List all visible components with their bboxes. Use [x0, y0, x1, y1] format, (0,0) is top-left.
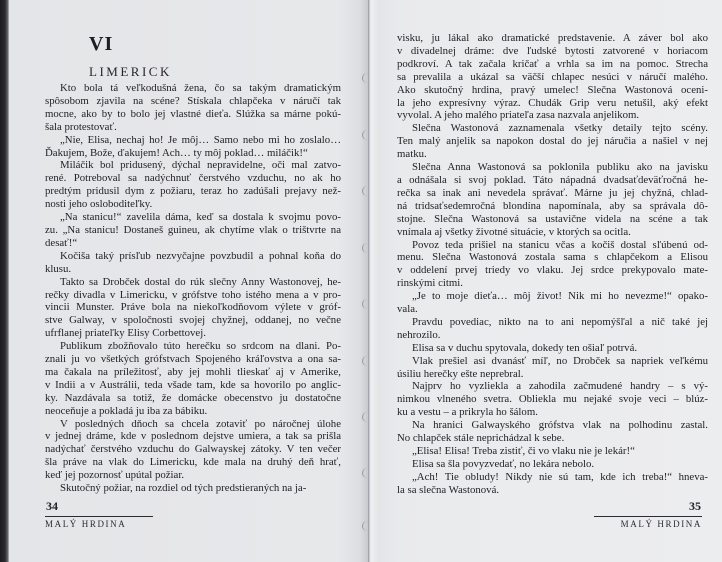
paragraph: „Ach! Tie obludy! Nikdy nie sú tam, kde … — [397, 471, 708, 497]
text-line: Na hranici Galwayského grófstva vlak na … — [397, 419, 708, 432]
paragraph: „Na stanicu!“ zavelila dáma, keď sa dost… — [45, 211, 341, 250]
paragraph: Skutočný požiar, na rozdiel od tých pred… — [45, 482, 341, 495]
book-spread-scan: VI LIMERICK Kto bola tá veľkodušná žena,… — [0, 0, 722, 562]
text-line: No chlapček stále neprichádzal k sebe. — [397, 432, 708, 445]
text-line: „Nie, Elisa, nechaj ho! Je môj… Samo neb… — [45, 134, 341, 147]
text-line: šla práve na vlak do Limericku, kde mala… — [45, 456, 341, 469]
paragraph: „Je to moje dieťa… môj život! Nik mi ho … — [397, 290, 708, 316]
text-line: Pravdu povediac, nikto na to ani nepomýš… — [397, 316, 708, 329]
text-line: Elisa sa šla povyzvedať, no lekára nebol… — [397, 458, 708, 471]
page-footer-right: 35 MALÝ HRDINA — [594, 499, 702, 529]
text-line: Ako skutočný hrdina, pravý umelec! Slečn… — [397, 84, 708, 97]
text-line: mocne, ako by to bolo jej vlastné dieťa.… — [45, 108, 341, 121]
text-line: ku a vestu – a prikryla ho šálom. — [397, 406, 708, 419]
paragraph: Slečna Anna Wastonová sa poklonila publi… — [397, 161, 708, 238]
footer-rule — [594, 516, 702, 517]
paragraph: Kto bola tá veľkodušná žena, čo sa takým… — [45, 82, 341, 134]
footer-rule — [45, 516, 153, 517]
text-line: spôsobom zjavila na scéne? Stískala chla… — [45, 95, 341, 108]
text-line: nehrozilo. — [397, 329, 708, 342]
text-line: la jeho expresívny výraz. Chudák Grip ve… — [397, 97, 708, 110]
paragraph: Takto sa Drobček dostal do rúk slečny An… — [45, 276, 341, 341]
text-line: Skutočný požiar, na rozdiel od tých pred… — [45, 482, 341, 495]
paragraph: Pravdu povediac, nikto na to ani nepomýš… — [397, 316, 708, 342]
page-footer-left: 34 MALÝ HRDINA — [45, 499, 153, 529]
text-line: la sa slečna Wastonová. — [397, 484, 708, 497]
text-line: V posledných dňoch sa chcela zotaviť po … — [45, 418, 341, 431]
paragraph: Najprv ho vyzliekla a zahodila začmudené… — [397, 380, 708, 419]
paragraph: Kočiša taký prísľub nezvyčajne povzbudil… — [45, 250, 341, 276]
running-title: MALÝ HRDINA — [45, 519, 153, 529]
paragraph: Vlak prešiel asi dvanásť míľ, no Drobček… — [397, 355, 708, 381]
paragraph: „Nie, Elisa, nechaj ho! Je môj… Samo neb… — [45, 134, 341, 160]
text-line: Slečna Wastonová zaznamenala všetky deta… — [397, 122, 708, 135]
text-line: ma čakala na príležitosť, aby jej mohli … — [45, 366, 341, 379]
page-left: VI LIMERICK Kto bola tá veľkodušná žena,… — [9, 0, 367, 562]
paragraph: V posledných dňoch sa chcela zotaviť po … — [45, 418, 341, 483]
text-line: a odnášala si svoj poklad. Táto nápadná … — [397, 174, 708, 187]
text-line: úsiliu herečky ešte neprebral. — [397, 368, 708, 381]
text-line: rečka sa inak ani nevedela správať. Márn… — [397, 187, 708, 200]
text-line: Ďakujem, Bože, ďakujem! Ach… ty môj pokl… — [45, 147, 341, 160]
text-line: Ten malý anjelik sa napokon dostal do je… — [397, 135, 708, 148]
text-line: stojne. Slečna Wastonová sa ustavične vi… — [397, 213, 708, 226]
text-line: Elisa sa v duchu spytovala, dokedy ten o… — [397, 342, 708, 355]
text-line: Kočiša taký prísľub nezvyčajne povzbudil… — [45, 250, 341, 263]
scan-edge-shadow — [0, 0, 9, 562]
text-line: keď jej pozornosť upútal požiar. — [45, 469, 341, 482]
text-line: šala protestovať. — [45, 121, 341, 134]
paragraph: Publikum zbožňovalo túto herečku so srdc… — [45, 340, 341, 417]
chapter-number: VI — [89, 33, 113, 56]
text-line: „Na stanicu!“ zavelila dáma, keď sa dost… — [45, 211, 341, 224]
text-line: vala. — [397, 303, 708, 316]
chapter-title: LIMERICK — [89, 64, 172, 80]
paragraph: visku, ju lákal ako dramatické predstave… — [397, 32, 708, 122]
text-line: „Elisa! Elisa! Treba zistiť, či vo vlaku… — [397, 445, 708, 458]
paragraph: Na hranici Galwayského grófstva vlak na … — [397, 419, 708, 445]
text-line: vnímala aj všetky životné situácie, v kt… — [397, 226, 708, 239]
paragraph: Miláčik bol pridusený, dýchal nepravidel… — [45, 159, 341, 211]
running-title: MALÝ HRDINA — [594, 519, 702, 529]
paragraph: Elisa sa šla povyzvedať, no lekára nebol… — [397, 458, 708, 471]
text-line: v divadelnej dráme: dve ľudské bytosti z… — [397, 45, 708, 58]
paragraph: Povoz teda prišiel na stanicu včas a koč… — [397, 239, 708, 291]
text-line: v Indii a v Austrálii, teda všade tam, k… — [45, 379, 341, 392]
text-line: nosti jeho osloboditeľky. — [45, 198, 341, 211]
text-line: klusu. — [45, 263, 341, 276]
text-line: znali ju vo všetkých grófstvach Spojenéh… — [45, 353, 341, 366]
text-line: „Ach! Tie obludy! Nikdy nie sú tam, kde … — [397, 471, 708, 484]
text-line: Kto bola tá veľkodušná žena, čo sa takým… — [45, 82, 341, 95]
page-right: visku, ju lákal ako dramatické predstave… — [367, 0, 722, 562]
text-line: „Je to moje dieťa… môj život! Nik mi ho … — [397, 290, 708, 303]
text-line: vyvolal. A jeho malého priateľa zasa naz… — [397, 109, 708, 122]
text-line: predtým pridusil dym z požiaru, teraz ho… — [45, 185, 341, 198]
page-number: 34 — [45, 499, 153, 515]
text-line: desať!“ — [45, 237, 341, 250]
text-line: vincii Munster. Práve bola na niekoľkodň… — [45, 301, 341, 314]
text-line: rečky divadla v Limericku, v grófstve to… — [45, 289, 341, 302]
text-line: v jednej dráme, kde v poslednom dejstve … — [45, 430, 341, 443]
text-line: rené. Potreboval sa nadýchnuť čerstvého … — [45, 172, 341, 185]
text-line: matku. — [397, 148, 708, 161]
text-line: nimkou vlneného svetra. Obliekla mu neja… — [397, 393, 708, 406]
text-line: podkroví. A tak začala kričať a vrhla sa… — [397, 58, 708, 71]
page-body-right: visku, ju lákal ako dramatické predstave… — [397, 32, 708, 497]
page-body-left: Kto bola tá veľkodušná žena, čo sa takým… — [45, 82, 341, 495]
text-line: ufrflanej priateľky Elisy Corbettovej. — [45, 327, 341, 340]
paragraph: Elisa sa v duchu spytovala, dokedy ten o… — [397, 342, 708, 355]
text-line: neoceňuje a pokladá ju iba za bábiku. — [45, 405, 341, 418]
text-line: sa prevalila a ukázal sa väčší chlapec n… — [397, 71, 708, 84]
text-line: Vlak prešiel asi dvanásť míľ, no Drobček… — [397, 355, 708, 368]
text-line: ná tridsaťsedemročná blondína napomínala… — [397, 200, 708, 213]
text-line: Slečna Anna Wastonová sa poklonila publi… — [397, 161, 708, 174]
text-line: zu. „Na stanicu! Dostaneš guineu, ak chy… — [45, 224, 341, 237]
text-line: Miláčik bol pridusený, dýchal nepravidel… — [45, 159, 341, 172]
text-line: Takto sa Drobček dostal do rúk slečny An… — [45, 276, 341, 289]
paragraph: Slečna Wastonová zaznamenala všetky deta… — [397, 122, 708, 161]
page-number: 35 — [594, 499, 702, 515]
text-line: Najprv ho vyzliekla a zahodila začmudené… — [397, 380, 708, 393]
text-line: stve Galway, v spoločnosti svojej chyžne… — [45, 314, 341, 327]
paragraph: „Elisa! Elisa! Treba zistiť, či vo vlaku… — [397, 445, 708, 458]
text-line: menu. Slečna Wastonová zostala sama s ch… — [397, 251, 708, 264]
text-line: ky. Nazdávala sa totiž, že domácke obece… — [45, 392, 341, 405]
text-line: Publikum zbožňovalo túto herečku so srdc… — [45, 340, 341, 353]
text-line: visku, ju lákal ako dramatické predstave… — [397, 32, 708, 45]
text-line: v oddelení prvej triedy vo vlaku. Jej sr… — [397, 264, 708, 277]
text-line: nadýchať čerstvého vzduchu do Galwayskej… — [45, 443, 341, 456]
text-line: rinskými citmi. — [397, 277, 708, 290]
text-line: Povoz teda prišiel na stanicu včas a koč… — [397, 239, 708, 252]
